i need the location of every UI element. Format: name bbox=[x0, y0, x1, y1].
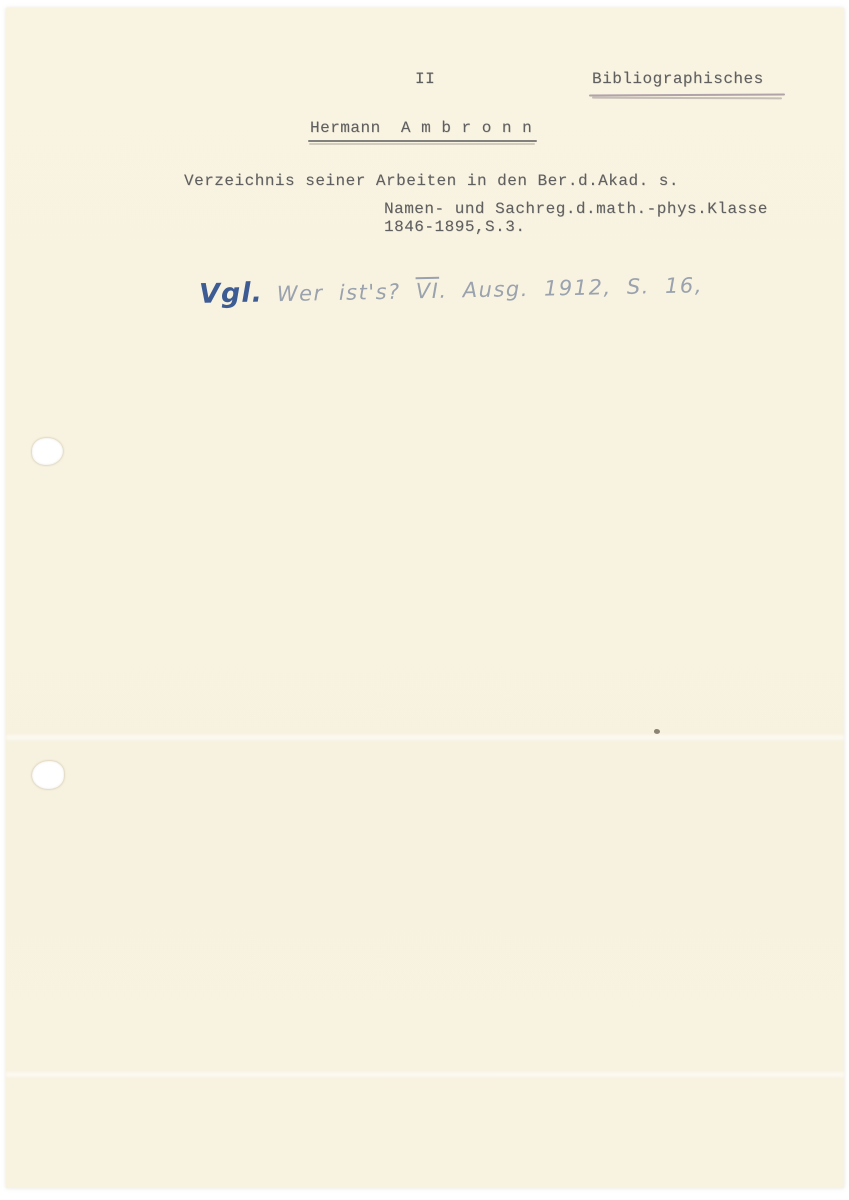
person-name-underline bbox=[308, 140, 537, 142]
annotation-roman-numeral: VI bbox=[416, 279, 440, 303]
annotation-before-numeral: Wer ist's? bbox=[277, 280, 401, 307]
scanned-document: II Bibliographisches Hermann A m b r o n… bbox=[0, 0, 849, 1200]
section-heading: Bibliographisches bbox=[592, 70, 764, 88]
annotation-after-numeral: . Ausg. 1912, S. 16, bbox=[439, 273, 703, 303]
ink-speck bbox=[654, 729, 660, 734]
section-heading-underline bbox=[589, 93, 785, 96]
punch-hole-top bbox=[32, 438, 63, 465]
bibliography-line: Namen- und Sachreg.d.math.-phys.Klasse bbox=[384, 200, 768, 218]
punch-hole-bottom bbox=[32, 761, 64, 789]
person-name-heading: Hermann A m b r o n n bbox=[310, 119, 532, 137]
handwritten-annotation: Vgl.Wer ist's? VI. Ausg. 1912, S. 16, bbox=[199, 269, 660, 310]
bibliography-line: 1846-1895,S.3. bbox=[384, 218, 525, 236]
annotation-prefix: Vgl. bbox=[199, 277, 263, 309]
scan-band bbox=[6, 735, 844, 740]
person-name-underline-2 bbox=[309, 143, 535, 145]
paper-sheet: II Bibliographisches Hermann A m b r o n… bbox=[6, 8, 844, 1188]
section-heading-underline-2 bbox=[592, 97, 782, 99]
page-number: II bbox=[415, 70, 435, 88]
annotation-text: Wer ist's? VI. Ausg. 1912, S. 16, bbox=[277, 273, 704, 306]
scan-band bbox=[6, 1072, 844, 1077]
bibliography-line: Verzeichnis seiner Arbeiten in den Ber.d… bbox=[184, 172, 679, 190]
